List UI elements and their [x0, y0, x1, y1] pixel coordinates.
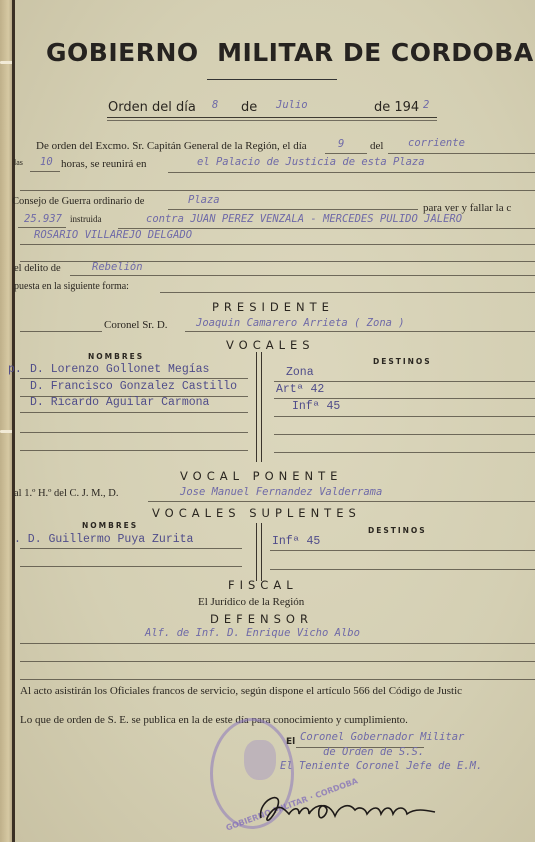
vocal-name: D. Francisco Gonzalez Castillo — [30, 380, 237, 393]
order-underline-2 — [107, 120, 437, 121]
president-rank-line — [20, 331, 102, 332]
intro-del-label: del — [370, 140, 383, 152]
intro-place-label: horas, se reunirá en — [61, 158, 147, 170]
vocales-col-names: NOMBRES — [88, 352, 144, 361]
title-militar-cordoba: MILITAR DE CORDOBA — [217, 38, 534, 67]
intro-place-line — [168, 172, 535, 173]
blank-line — [20, 190, 535, 191]
signer-line-3: El Teniente Coronel Jefe de E.M. — [280, 760, 482, 772]
crime-label: el delito de — [14, 263, 61, 274]
suplente-row-line — [20, 566, 242, 567]
order-de-label: de — [241, 100, 257, 115]
order-underline — [107, 117, 437, 118]
composition-label: puesta en la siguiente forma: — [14, 281, 129, 292]
cause-number-line — [18, 227, 66, 228]
suplente-dest-line — [270, 569, 535, 570]
president-name: Joaquin Camarero Arrieta ( Zona ) — [196, 317, 405, 329]
handwritten-signature — [255, 780, 535, 842]
intro-hour-line — [30, 171, 60, 172]
vocales-heading: VOCALES — [226, 338, 315, 352]
accused-line-2-rule — [20, 244, 535, 245]
vocales-col-destinos: DESTINOS — [373, 357, 432, 366]
intro-hour-value: 10 — [40, 156, 53, 168]
intro-month-line — [388, 153, 535, 154]
blank-line — [20, 661, 535, 662]
suplentes-col-names: NOMBRES — [82, 521, 138, 530]
fiscal-value: El Jurídico de la Región — [198, 596, 304, 608]
document-title: GOBIERNO MILITAR DE CORDOBA — [46, 38, 534, 67]
page-edge — [12, 0, 15, 842]
vocal-dest-line — [274, 398, 535, 399]
council-type-line — [168, 209, 418, 210]
suplente-name: . D. Guillermo Puya Zurita — [14, 533, 193, 546]
suplentes-col-destinos: DESTINOS — [368, 526, 427, 535]
attendance-text: Al acto asistirán los Oficiales francos … — [20, 685, 462, 697]
intro-text: De orden del Excmo. Sr. Capitán General … — [36, 140, 307, 152]
order-day-value: 8 — [212, 99, 218, 111]
defensor-name: Alf. de Inf. D. Enrique Vicho Albo — [145, 627, 360, 639]
defensor-heading: DEFENSOR — [210, 612, 313, 626]
intro-day-value: 9 — [338, 138, 344, 150]
instruida-label: instruida — [70, 214, 102, 224]
vocal-row-line — [20, 432, 248, 433]
signer-line-2: de Orden de S.S. — [323, 746, 424, 758]
composition-line — [160, 292, 535, 293]
suplente-row-line — [20, 548, 242, 549]
suplentes-heading: VOCALES SUPLENTES — [152, 506, 361, 520]
intro-las-label: las — [14, 158, 23, 167]
order-date-line: Orden del día — [108, 100, 196, 115]
title-gobierno: GOBIERNO — [46, 38, 199, 67]
ponente-name: Jose Manuel Fernandez Valderrama — [180, 486, 382, 498]
vocal-dest-line — [274, 434, 535, 435]
suplente-destino: Infª 45 — [272, 535, 320, 548]
order-year-value: 2 — [423, 99, 429, 111]
vocal-prefix: p. — [8, 363, 22, 376]
order-year-label: de 194 — [374, 100, 419, 115]
defensor-line — [20, 643, 535, 644]
accused-line-2: ROSARIO VILLAREJO DELGADO — [34, 229, 192, 241]
vocal-destino: Infª 45 — [292, 400, 340, 413]
president-name-line — [185, 331, 535, 332]
vocal-name: D. Lorenzo Gollonet Megías — [30, 363, 209, 376]
order-month-value: Julio — [276, 99, 308, 111]
intro-place-value: el Palacio de Justicia de esta Plaza — [197, 156, 425, 168]
vocal-destino: Zona — [286, 366, 314, 379]
vocal-dest-line — [274, 381, 535, 382]
vocal-destino: Artª 42 — [276, 383, 324, 396]
vocal-row-line — [20, 450, 248, 451]
ponente-label: al 1.º H.º del C. J. M., D. — [14, 488, 119, 499]
suplente-dest-line — [270, 550, 535, 551]
vocal-name: D. Ricardo Aguilar Carmona — [30, 396, 209, 409]
order-prefix: Orden del día — [108, 100, 196, 115]
signer-line-1: Coronel Gobernador Militar — [300, 731, 464, 743]
ponente-heading: VOCAL PONENTE — [180, 469, 342, 483]
council-label: Consejo de Guerra ordinario de — [12, 196, 144, 207]
eagle-emblem-icon — [244, 740, 276, 780]
cause-number-value: 25.937 — [24, 213, 62, 225]
intro-day-line — [325, 153, 367, 154]
ponente-line — [148, 501, 535, 502]
el-label: El — [286, 737, 295, 747]
accused-line-1: contra JUAN PEREZ VENZALA - MERCEDES PUL… — [146, 213, 462, 225]
crime-value: Rebelión — [92, 261, 143, 273]
fiscal-heading: FISCAL — [228, 578, 298, 592]
president-label: Coronel Sr. D. — [104, 319, 168, 331]
publication-text: Lo que de orden de S. E. se publica en l… — [20, 714, 408, 726]
vocales-column-divider — [256, 352, 262, 462]
vocal-row-line — [20, 378, 248, 379]
title-underline — [207, 79, 337, 80]
vocal-dest-line — [274, 416, 535, 417]
council-type-value: Plaza — [188, 194, 220, 206]
vocal-row-line — [20, 412, 248, 413]
vocal-dest-line — [274, 452, 535, 453]
suplentes-column-divider — [256, 523, 262, 581]
president-heading: PRESIDENTE — [212, 300, 334, 314]
crime-line — [70, 275, 535, 276]
intro-month-value: corriente — [408, 137, 465, 149]
blank-line — [20, 679, 535, 680]
